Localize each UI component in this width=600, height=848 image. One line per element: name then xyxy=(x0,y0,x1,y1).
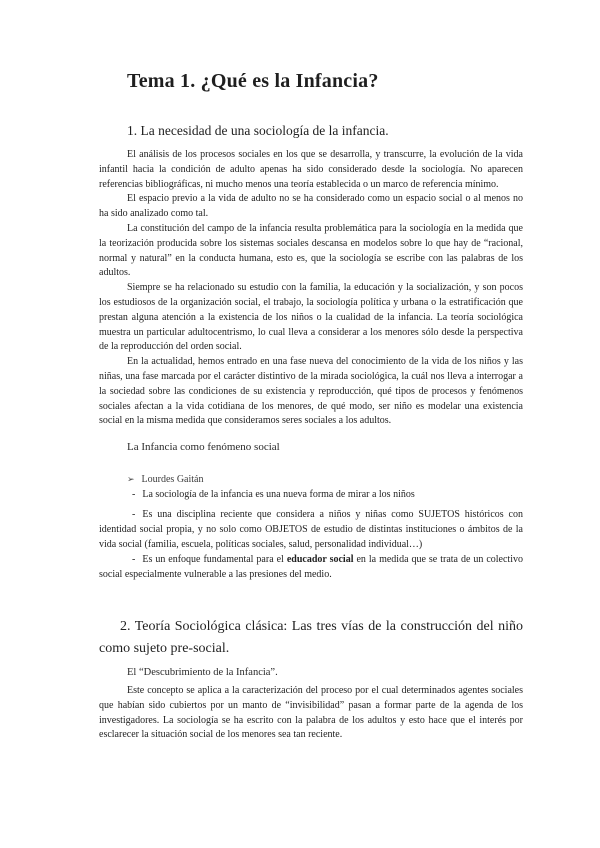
paragraph: En la actualidad, hemos entrado en una f… xyxy=(99,355,523,429)
list-item-text: La sociología de la infancia es una nuev… xyxy=(142,489,414,500)
arrow-bullet-icon: ➢ xyxy=(127,474,135,484)
list-item: -La sociología de la infancia es una nue… xyxy=(99,488,523,503)
list-item-text: Es una disciplina reciente que considera… xyxy=(99,509,523,550)
document-page: Tema 1. ¿Qué es la Infancia? 1. La neces… xyxy=(0,0,600,848)
section-1-heading: 1. La necesidad de una sociología de la … xyxy=(99,121,523,140)
list-item-bold-phrase: educador social xyxy=(287,554,354,565)
paragraph: Este concepto se aplica a la caracteriza… xyxy=(99,684,523,743)
document-title: Tema 1. ¿Qué es la Infancia? xyxy=(127,69,523,93)
list-item: -Es un enfoque fundamental para el educa… xyxy=(99,553,523,583)
author-bullet-item: ➢Lourdes Gaitán xyxy=(99,472,523,487)
paragraph: El análisis de los procesos sociales en … xyxy=(99,148,523,192)
list-item-text-prefix: Es un enfoque fundamental para el xyxy=(142,554,286,565)
section-2-heading: 2. Teoría Sociológica clásica: Las tres … xyxy=(99,616,523,660)
dash-bullet-icon: - xyxy=(132,554,135,565)
paragraph: Siempre se ha relacionado su estudio con… xyxy=(99,281,523,355)
author-name: Lourdes Gaitán xyxy=(142,474,204,485)
section-2-subheading: El “Descubrimiento de la Infancia”. xyxy=(127,665,523,680)
paragraph: La constitución del campo de la infancia… xyxy=(99,222,523,281)
dash-bullet-icon: - xyxy=(132,509,135,520)
list-item: -Es una disciplina reciente que consider… xyxy=(99,508,523,552)
section-1-subheading: La Infancia como fenómeno social xyxy=(127,440,523,455)
dash-bullet-icon: - xyxy=(132,489,135,500)
paragraph: El espacio previo a la vida de adulto no… xyxy=(99,192,523,222)
